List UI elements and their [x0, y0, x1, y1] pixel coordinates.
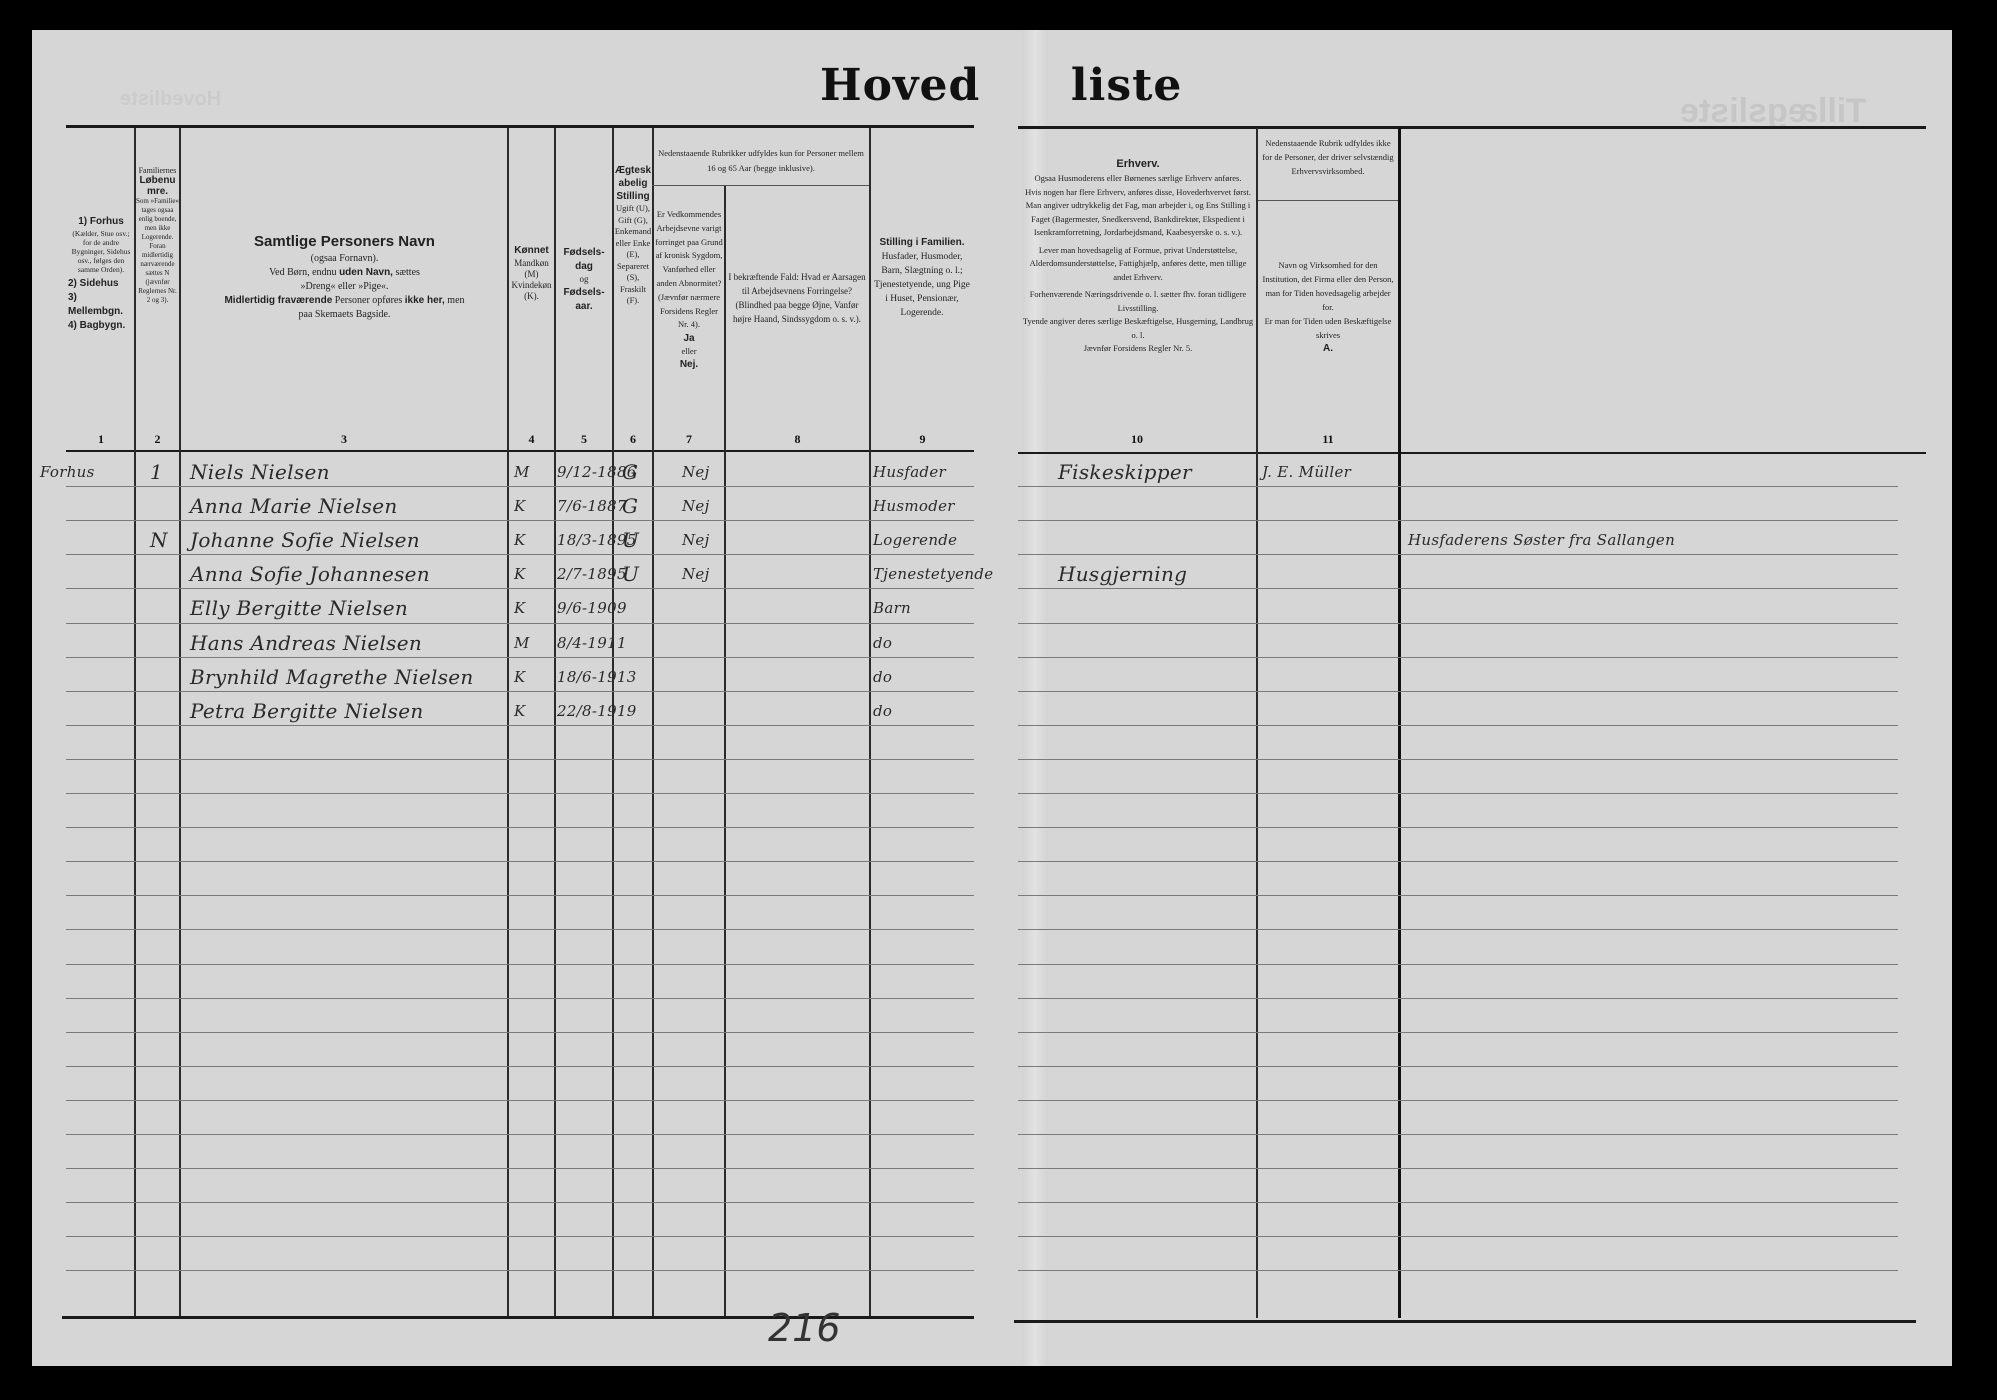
occupation-cell: Husgjerning — [1058, 562, 1187, 586]
header-col3-l3a: Midlertidig fraværende — [224, 295, 332, 306]
row-rule — [66, 793, 974, 794]
sex-cell: K — [514, 702, 526, 720]
row-rule — [66, 964, 974, 965]
colnum-8: 8 — [726, 432, 869, 447]
row-rule — [1018, 1202, 1898, 1203]
row-rule — [66, 759, 974, 760]
row-rule — [1018, 929, 1898, 930]
family-position-cell: Husfader — [873, 463, 946, 481]
header-col2: Familiernes Løbenumre. Som »Familie« tag… — [136, 166, 179, 305]
row-rule — [1018, 827, 1898, 828]
row-rule — [66, 1066, 974, 1067]
birth-date-cell: 8/4-1911 — [557, 634, 627, 652]
colnum-6: 6 — [614, 432, 652, 447]
row-rule — [66, 827, 974, 828]
colnum-7: 7 — [654, 432, 724, 447]
header-col10-title: Erhverv. — [1022, 156, 1254, 172]
building-cell: Forhus — [40, 463, 95, 481]
name-cell: Johanne Sofie Nielsen — [190, 528, 420, 552]
row-rule — [66, 657, 974, 658]
header-col10-p2: Hvis nogen har flere Erhverv, anføres di… — [1022, 186, 1254, 200]
family-position-cell: do — [873, 634, 892, 652]
row-rule — [66, 691, 974, 692]
row-rule — [1018, 1168, 1898, 1169]
birth-date-cell: 18/6-1913 — [557, 668, 637, 686]
header-col10-p1: Ogsaa Husmoderens eller Børnenes særlige… — [1022, 172, 1254, 186]
header-col3-l1a: Ved Børn, endnu — [269, 267, 337, 278]
row-rule — [66, 1202, 974, 1203]
header-col2-title: Løbenumre. — [136, 175, 179, 197]
family-position-cell: Barn — [873, 599, 911, 617]
header-col7-note: Er Vedkommendes Arbejdsevne varigt forri… — [655, 208, 723, 332]
header-col5-t4: aar. — [556, 300, 612, 314]
row-rule — [1018, 1066, 1898, 1067]
header-col7-eller: eller — [655, 346, 723, 358]
family-position-cell: Husmoder — [873, 497, 955, 515]
row-rule — [1018, 1270, 1898, 1271]
sex-cell: M — [514, 463, 530, 481]
span-divider — [652, 185, 869, 186]
header-col10-p7: Jævnfør Forsidens Regler Nr. 5. — [1022, 342, 1254, 356]
row-rule — [66, 588, 974, 589]
row-rule — [66, 520, 974, 521]
family-position-cell: Logerende — [873, 531, 957, 549]
col-divider — [1256, 128, 1258, 1318]
header-col3-l1b: uden Navn, — [339, 267, 393, 278]
name-cell: Hans Andreas Nielsen — [190, 631, 422, 655]
row-rule — [1018, 554, 1898, 555]
row-rule — [1018, 1032, 1898, 1033]
sex-cell: K — [514, 497, 526, 515]
row-rule — [66, 1168, 974, 1169]
marital-status-cell: U — [622, 562, 639, 586]
col-divider — [869, 128, 871, 1316]
birth-date-cell: 7/6-1887 — [557, 497, 627, 515]
title-part2: liste — [1071, 60, 1183, 111]
impaired-cell: Nej — [682, 565, 710, 583]
col-divider — [724, 186, 726, 1316]
colnum-3: 3 — [181, 432, 507, 447]
colnum-4: 4 — [509, 432, 554, 447]
ghost-title-left: Hovedliste — [120, 88, 221, 111]
header-col10-p5: Forhenværende Næringsdrivende o. l. sætt… — [1022, 288, 1254, 315]
header-col11-sub: Er man for Tiden uden Beskæftigelse skri… — [1260, 314, 1396, 342]
name-cell: Anna Marie Nielsen — [190, 494, 398, 518]
row-rule — [66, 1270, 974, 1271]
colnum-5: 5 — [556, 432, 612, 447]
marital-status-cell: U — [622, 528, 639, 552]
marital-status-cell: G — [622, 460, 638, 484]
name-cell: Petra Bergitte Nielsen — [190, 699, 424, 723]
header-col1-note: (Kælder, Stue osv.; for de andre Bygning… — [68, 229, 134, 274]
name-cell: Niels Nielsen — [190, 460, 330, 484]
header-col6-title: Ægteskabelig Stilling — [614, 164, 652, 203]
header-col3-l3c: ikke her, — [405, 295, 445, 306]
header-col9-note: Husfader, Husmoder, Barn, Slægtning o. l… — [872, 250, 972, 320]
header-col4-title: Kønnet — [509, 244, 554, 258]
family-number-cell: N — [150, 528, 168, 552]
row-rule — [1018, 520, 1898, 521]
header-col11-main: Navn og Virksomhed for den Institution, … — [1260, 258, 1396, 314]
header-sidehus: 2) Sidehus — [68, 277, 134, 291]
header-forhus: 1) Forhus — [68, 215, 134, 229]
header-col5-t1: Fødsels- — [556, 246, 612, 260]
row-rule — [66, 1134, 974, 1135]
row-rule — [66, 1100, 974, 1101]
header-col6-note: Ugift (U), Gift (G), Enkemand eller Enke… — [614, 203, 652, 307]
header-col8: I bekræftende Fald: Hvad er Aarsagen til… — [728, 270, 866, 326]
header-col10-p3: Man angiver udtrykkelig det Fag, man arb… — [1022, 199, 1254, 240]
row-rule — [1018, 657, 1898, 658]
header-col7-8-span: Nedenstaaende Rubrikker udfyldes kun for… — [656, 146, 866, 176]
sex-cell: M — [514, 634, 530, 652]
col-divider — [507, 128, 509, 1316]
row-rule — [1018, 623, 1898, 624]
family-number-cell: 1 — [150, 460, 163, 484]
row-rule — [1018, 691, 1898, 692]
row-rule — [66, 623, 974, 624]
header-col7-nej: Nej. — [655, 358, 723, 372]
sex-cell: K — [514, 531, 526, 549]
row-rule — [66, 861, 974, 862]
header-col5-t2: dag — [556, 260, 612, 274]
span-divider — [1258, 200, 1398, 201]
header-col10: Erhverv. Ogsaa Husmoderens eller Børnene… — [1022, 156, 1254, 356]
birth-date-cell: 22/8-1919 — [557, 702, 637, 720]
row-rule — [1018, 486, 1898, 487]
row-rule — [1018, 1100, 1898, 1101]
colnum-1: 1 — [68, 432, 134, 447]
marital-status-cell: G — [622, 494, 638, 518]
row-rule — [1018, 1236, 1898, 1237]
sex-cell: K — [514, 599, 526, 617]
header-col5-og: og — [556, 274, 612, 286]
occupation-cell: Fiskeskipper — [1058, 460, 1192, 484]
title-part1: Hoved — [820, 60, 980, 111]
header-col3-l3b: Personer opføres — [335, 295, 402, 306]
remarks-cell: Husfaderens Søster fra Sallangen — [1408, 531, 1675, 549]
row-rule — [1018, 964, 1898, 965]
header-rule-right — [1018, 452, 1926, 454]
birth-date-cell: 9/6-1909 — [557, 599, 627, 617]
header-col9: Stilling i Familien. Husfader, Husmoder,… — [872, 236, 972, 320]
row-rule — [1018, 588, 1898, 589]
row-rule — [66, 554, 974, 555]
col-divider-thick — [1398, 128, 1401, 1318]
header-rule-left — [66, 450, 974, 452]
header-bagbygn: 4) Bagbygn. — [68, 319, 134, 333]
header-col11-a: A. — [1260, 342, 1396, 356]
header-col3-l1c: sættes — [395, 267, 419, 278]
name-cell: Elly Bergitte Nielsen — [190, 596, 408, 620]
header-col10-p6: Tyende angiver deres særlige Beskæftigel… — [1022, 315, 1254, 342]
header-col1: 1) Forhus (Kælder, Stue osv.; for de and… — [68, 215, 134, 333]
sex-cell: K — [514, 668, 526, 686]
header-col4-note: Mandkøn (M) Kvindekøn (K). — [509, 258, 554, 302]
family-position-cell: do — [873, 668, 892, 686]
header-col7-ja: Ja — [655, 332, 723, 346]
row-rule — [66, 998, 974, 999]
row-rule — [66, 929, 974, 930]
row-rule — [1018, 998, 1898, 999]
colnum-9: 9 — [871, 432, 974, 447]
row-rule — [1018, 793, 1898, 794]
colnum-11: 11 — [1258, 432, 1398, 447]
row-rule — [66, 1032, 974, 1033]
row-rule — [1018, 1134, 1898, 1135]
family-position-cell: Tjenestetyende — [873, 565, 993, 583]
header-col3-l2: »Dreng« eller »Pige«. — [182, 280, 507, 294]
sex-cell: K — [514, 565, 526, 583]
colnum-10: 10 — [1018, 432, 1256, 447]
header-col2-note: Som »Familie« tages ogsaa enlig boende, … — [136, 197, 179, 305]
col-divider — [652, 128, 654, 1316]
header-col9-title: Stilling i Familien. — [872, 236, 972, 250]
page-number: 216 — [768, 1306, 841, 1350]
header-col11-top: Nedenstaaende Rubrik udfyldes ikke for d… — [1260, 136, 1396, 178]
bottom-rule-right — [1014, 1320, 1916, 1323]
page-title: Hoved liste — [820, 60, 1182, 111]
header-col3-sub: (ogsaa Fornavn). — [182, 252, 507, 266]
header-col4: Kønnet Mandkøn (M) Kvindekøn (K). — [509, 244, 554, 302]
row-rule — [66, 1236, 974, 1237]
row-rule — [66, 895, 974, 896]
header-col5-t3: Fødsels- — [556, 286, 612, 300]
header-col3-title: Samtlige Personers Navn — [182, 232, 507, 252]
header-col3: Samtlige Personers Navn (ogsaa Fornavn).… — [182, 232, 507, 322]
header-col6: Ægteskabelig Stilling Ugift (U), Gift (G… — [614, 164, 652, 307]
row-rule — [66, 725, 974, 726]
top-rule-left — [66, 125, 974, 128]
colnum-2: 2 — [136, 432, 179, 447]
header-col5: Fødsels- dag og Fødsels- aar. — [556, 246, 612, 314]
row-rule — [1018, 861, 1898, 862]
employer-cell: J. E. Müller — [1262, 463, 1351, 481]
header-col11: Navn og Virksomhed for den Institution, … — [1260, 258, 1396, 356]
family-position-cell: do — [873, 702, 892, 720]
impaired-cell: Nej — [682, 531, 710, 549]
impaired-cell: Nej — [682, 497, 710, 515]
header-col7: Er Vedkommendes Arbejdsevne varigt forri… — [655, 208, 723, 372]
row-rule — [1018, 895, 1898, 896]
header-col3-l4: paa Skemaets Bagside. — [182, 308, 507, 322]
header-col2-pre: Familiernes — [136, 166, 179, 175]
row-rule — [1018, 759, 1898, 760]
top-rule-right — [1018, 126, 1926, 129]
name-cell: Brynhild Magrethe Nielsen — [190, 665, 474, 689]
col-divider — [134, 128, 136, 1316]
header-col3-l3d: men — [447, 295, 464, 306]
row-rule — [66, 486, 974, 487]
census-sheet — [32, 30, 1952, 1366]
col-divider — [179, 128, 181, 1316]
header-col10-p4: Lever man hovedsagelig af Formue, privat… — [1022, 244, 1254, 285]
birth-date-cell: 2/7-1895 — [557, 565, 627, 583]
row-rule — [1018, 725, 1898, 726]
header-mellembgn: 3) Mellembgn. — [68, 291, 134, 319]
impaired-cell: Nej — [682, 463, 710, 481]
name-cell: Anna Sofie Johannesen — [190, 562, 430, 586]
